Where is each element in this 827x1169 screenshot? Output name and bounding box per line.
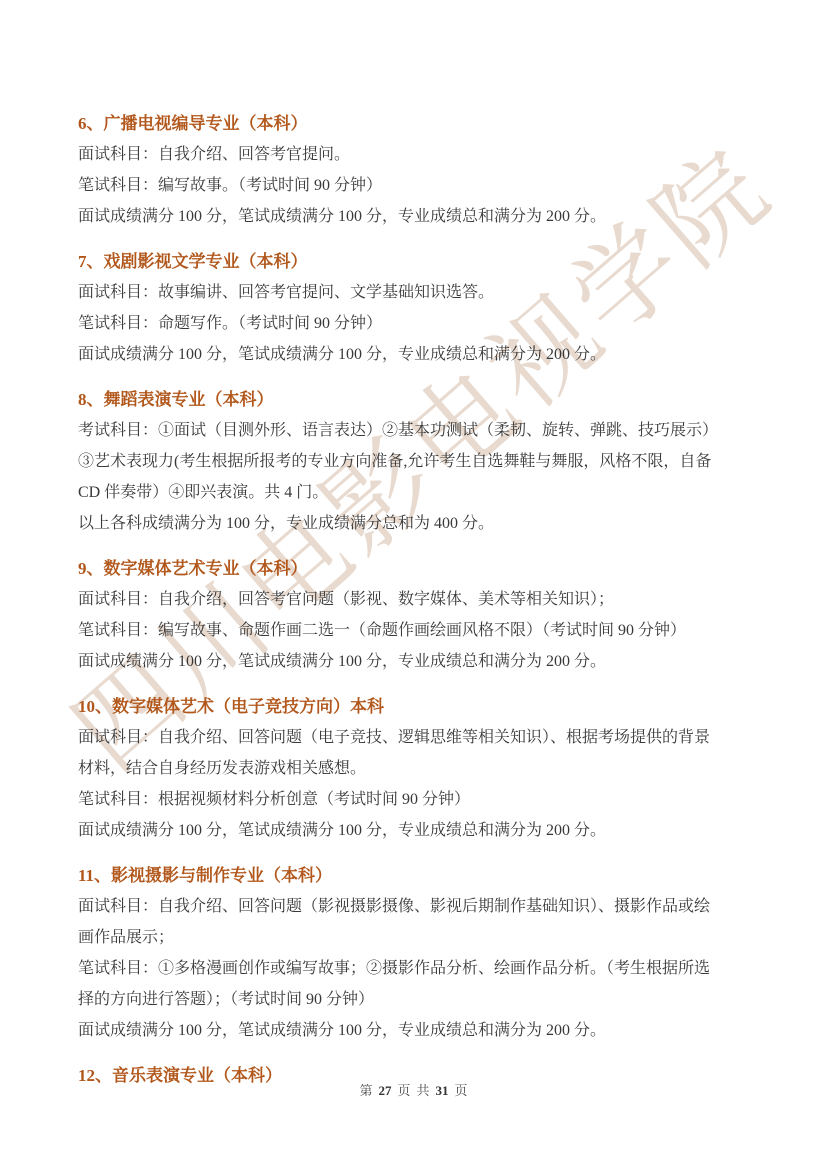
- paragraph-line: 笔试科目：编写故事。（考试时间 90 分钟）: [78, 170, 748, 201]
- section-heading: 11、影视摄影与制作专业（本科）: [78, 860, 748, 891]
- document-page: 四川电影电视学院 6、广播电视编导专业（本科） 面试科目：自我介绍、回答考官提问…: [0, 0, 827, 1169]
- paragraph-line: ③艺术表现力(考生根据所报考的专业方向准备,允许考生自选舞鞋与舞服，风格不限，自…: [78, 446, 748, 477]
- paragraph-line: 面试科目：自我介绍、回答问题（电子竞技、逻辑思维等相关知识）、根据考场提供的背景: [78, 722, 748, 753]
- page-number-total: 31: [436, 1083, 449, 1098]
- paragraph-line: 画作品展示；: [78, 922, 748, 953]
- section-broadcast-tv-directing: 6、广播电视编导专业（本科） 面试科目：自我介绍、回答考官提问。 笔试科目：编写…: [78, 108, 748, 232]
- paragraph-line: 以上各科成绩满分为 100 分，专业成绩满分总和为 400 分。: [78, 508, 748, 539]
- section-digital-media-esports: 10、数字媒体艺术（电子竞技方向）本科 面试科目：自我介绍、回答问题（电子竞技、…: [78, 691, 748, 846]
- section-digital-media-art: 9、数字媒体艺术专业（本科） 面试科目：自我介绍，回答考官问题（影视、数字媒体、…: [78, 553, 748, 677]
- paragraph-line: 面试科目：自我介绍、回答问题（影视摄影摄像、影视后期制作基础知识）、摄影作品或绘: [78, 891, 748, 922]
- paragraph-line: 笔试科目：根据视频材料分析创意（考试时间 90 分钟）: [78, 784, 748, 815]
- section-heading: 7、戏剧影视文学专业（本科）: [78, 246, 748, 277]
- footer-label-end: 页: [455, 1083, 468, 1098]
- paragraph-line: 面试科目：自我介绍，回答考官问题（影视、数字媒体、美术等相关知识）；: [78, 584, 748, 615]
- footer-label-mid1: 页: [397, 1083, 410, 1098]
- paragraph-line: 考试科目：①面试（目测外形、语言表达）②基本功测试（柔韧、旋转、弹跳、技巧展示）: [78, 415, 748, 446]
- paragraph-line: 择的方向进行答题）；（考试时间 90 分钟）: [78, 984, 748, 1015]
- paragraph-line: 面试成绩满分 100 分，笔试成绩满分 100 分，专业成绩总和满分为 200 …: [78, 339, 748, 370]
- paragraph-line: 面试成绩满分 100 分，笔试成绩满分 100 分，专业成绩总和满分为 200 …: [78, 815, 748, 846]
- paragraph-line: 面试成绩满分 100 分，笔试成绩满分 100 分，专业成绩总和满分为 200 …: [78, 646, 748, 677]
- section-heading: 8、舞蹈表演专业（本科）: [78, 384, 748, 415]
- section-dance-performance: 8、舞蹈表演专业（本科） 考试科目：①面试（目测外形、语言表达）②基本功测试（柔…: [78, 384, 748, 539]
- paragraph-line: 面试成绩满分 100 分，笔试成绩满分 100 分，专业成绩总和满分为 200 …: [78, 201, 748, 232]
- paragraph-line: 笔试科目：①多格漫画创作或编写故事；②摄影作品分析、绘画作品分析。（考生根据所选: [78, 953, 748, 984]
- paragraph-line: 材料，结合自身经历发表游戏相关感想。: [78, 753, 748, 784]
- page-footer: 第27页共31页: [0, 1080, 827, 1099]
- paragraph-line: 笔试科目：命题写作。（考试时间 90 分钟）: [78, 308, 748, 339]
- document-content: 6、广播电视编导专业（本科） 面试科目：自我介绍、回答考官提问。 笔试科目：编写…: [0, 0, 827, 1091]
- paragraph-line: CD 伴奏带）④即兴表演。共 4 门。: [78, 477, 748, 508]
- section-film-photography-production: 11、影视摄影与制作专业（本科） 面试科目：自我介绍、回答问题（影视摄影摄像、影…: [78, 860, 748, 1046]
- section-heading: 6、广播电视编导专业（本科）: [78, 108, 748, 139]
- footer-label-front: 第: [359, 1083, 372, 1098]
- paragraph-line: 面试科目：故事编讲、回答考官提问、文学基础知识选答。: [78, 277, 748, 308]
- section-heading: 9、数字媒体艺术专业（本科）: [78, 553, 748, 584]
- paragraph-line: 笔试科目：编写故事、命题作画二选一（命题作画绘画风格不限）（考试时间 90 分钟…: [78, 615, 748, 646]
- section-heading: 10、数字媒体艺术（电子竞技方向）本科: [78, 691, 748, 722]
- page-number-current: 27: [378, 1083, 391, 1098]
- paragraph-line: 面试成绩满分 100 分，笔试成绩满分 100 分，专业成绩总和满分为 200 …: [78, 1015, 748, 1046]
- footer-label-mid2: 共: [417, 1083, 430, 1098]
- section-drama-film-literature: 7、戏剧影视文学专业（本科） 面试科目：故事编讲、回答考官提问、文学基础知识选答…: [78, 246, 748, 370]
- paragraph-line: 面试科目：自我介绍、回答考官提问。: [78, 139, 748, 170]
